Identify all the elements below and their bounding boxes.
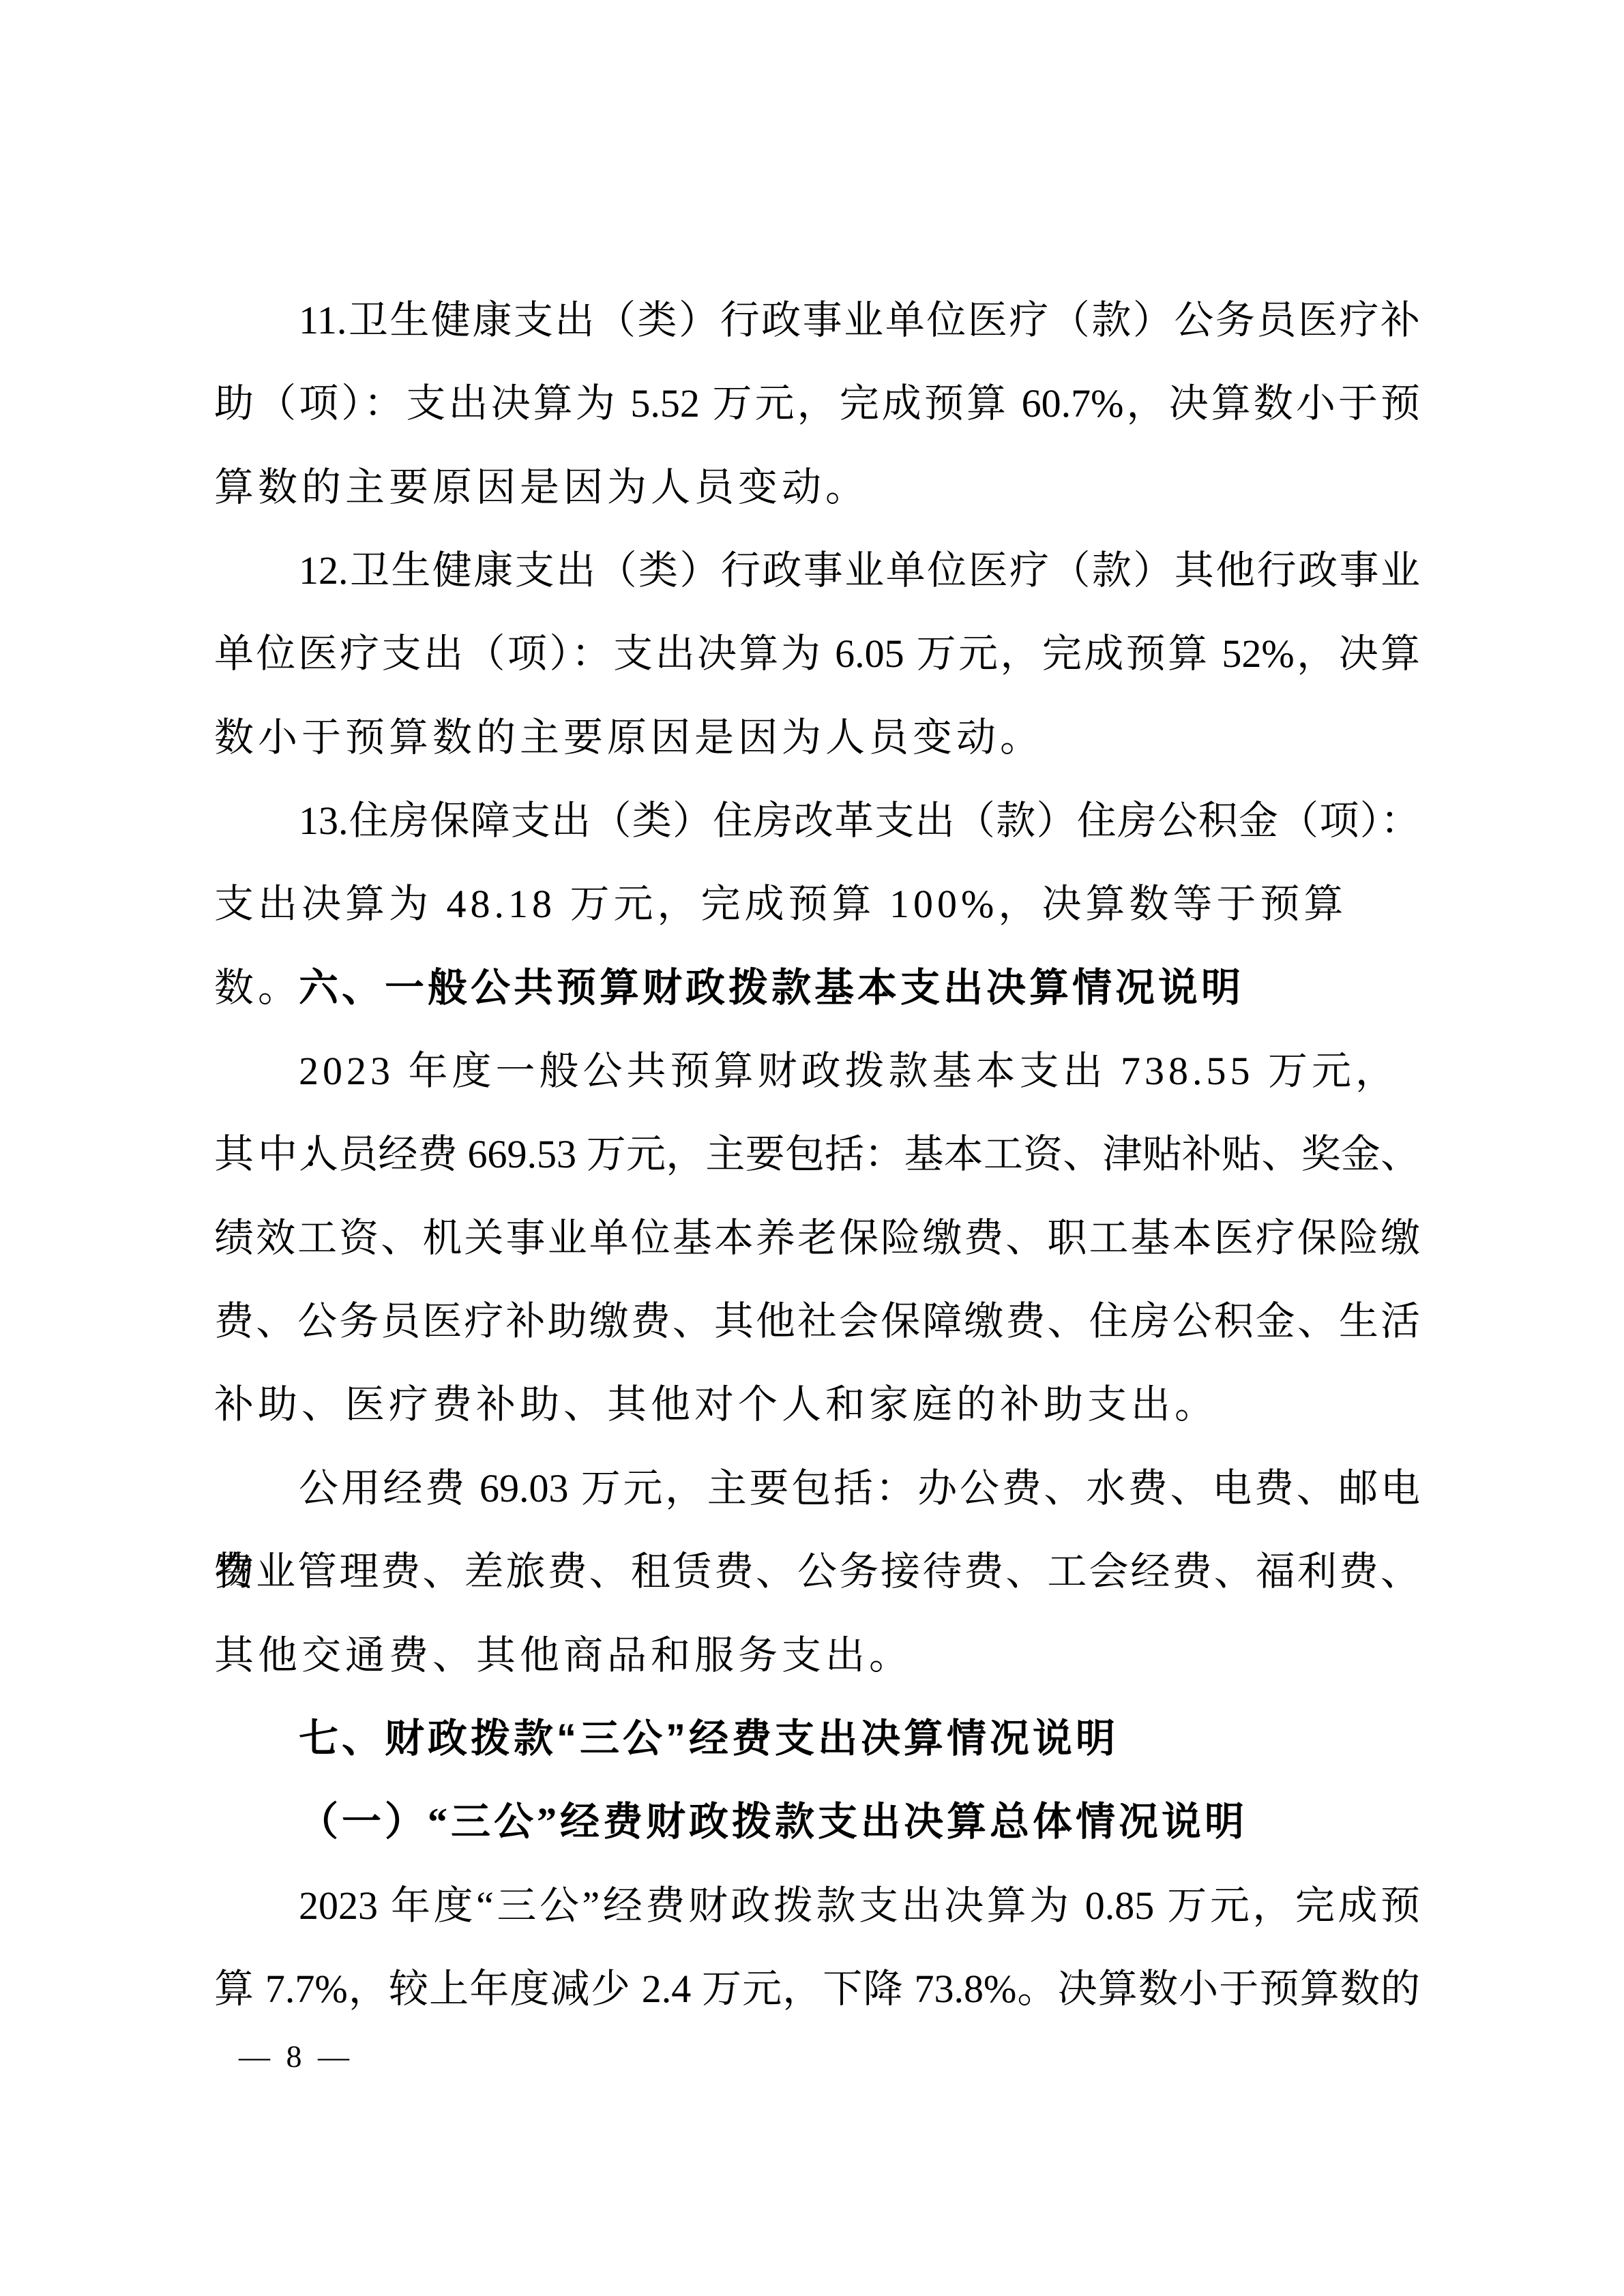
text-line: 公用经费 69.03 万元，主要包括：办公费、水费、电费、邮电费、 (214, 1447, 1420, 1530)
text-line: 11.卫生健康支出（类）行政事业单位医疗（款）公务员医疗补 (214, 279, 1420, 362)
text-line: （一）“三公”经费财政拨款支出决算总体情况说明 (214, 1780, 1420, 1864)
document-body: 11.卫生健康支出（类）行政事业单位医疗（款）公务员医疗补助（项）：支出决算为 … (214, 279, 1420, 2031)
text-line: 补助、医疗费补助、其他对个人和家庭的补助支出。 (214, 1363, 1420, 1446)
text-line: 六、一般公共预算财政拨款基本支出决算情况说明 (214, 946, 1420, 1030)
text-line: 人员经费 669.53 万元，主要包括：基本工资、津贴补贴、奖金、 (214, 1113, 1420, 1196)
text-line: 2023 年度“三公”经费财政拨款支出决算为 0.85 万元，完成预 (214, 1864, 1420, 1948)
text-line: 支出决算为 48.18 万元，完成预算 100%，决算数等于预算数。 (214, 863, 1420, 946)
text-line: 七、财政拨款“三公”经费支出决算情况说明 (214, 1697, 1420, 1780)
text-line: 助（项）：支出决算为 5.52 万元，完成预算 60.7%，决算数小于预 (214, 362, 1420, 445)
text-line: 数小于预算数的主要原因是因为人员变动。 (214, 696, 1420, 779)
page-number: — 8 — (239, 2041, 353, 2072)
text-line: 2023 年度一般公共预算财政拨款基本支出 738.55 万元，其中： (214, 1030, 1420, 1113)
document-page: 11.卫生健康支出（类）行政事业单位医疗（款）公务员医疗补助（项）：支出决算为 … (0, 0, 1624, 2296)
text-line: 费、公务员医疗补助缴费、其他社会保障缴费、住房公积金、生活 (214, 1280, 1420, 1363)
text-line: 12.卫生健康支出（类）行政事业单位医疗（款）其他行政事业 (214, 529, 1420, 612)
text-line: 13.住房保障支出（类）住房改革支出（款）住房公积金（项）： (214, 779, 1420, 863)
text-line: 绩效工资、机关事业单位基本养老保险缴费、职工基本医疗保险缴 (214, 1197, 1420, 1280)
text-line: 单位医疗支出（项）：支出决算为 6.05 万元，完成预算 52%，决算 (214, 612, 1420, 696)
text-line: 其他交通费、其他商品和服务支出。 (214, 1614, 1420, 1697)
text-line: 算数的主要原因是因为人员变动。 (214, 446, 1420, 529)
text-line: 物业管理费、差旅费、租赁费、公务接待费、工会经费、福利费、 (214, 1530, 1420, 1613)
text-line: 算 7.7%，较上年度减少 2.4 万元，下降 73.8%。决算数小于预算数的 (214, 1948, 1420, 2031)
